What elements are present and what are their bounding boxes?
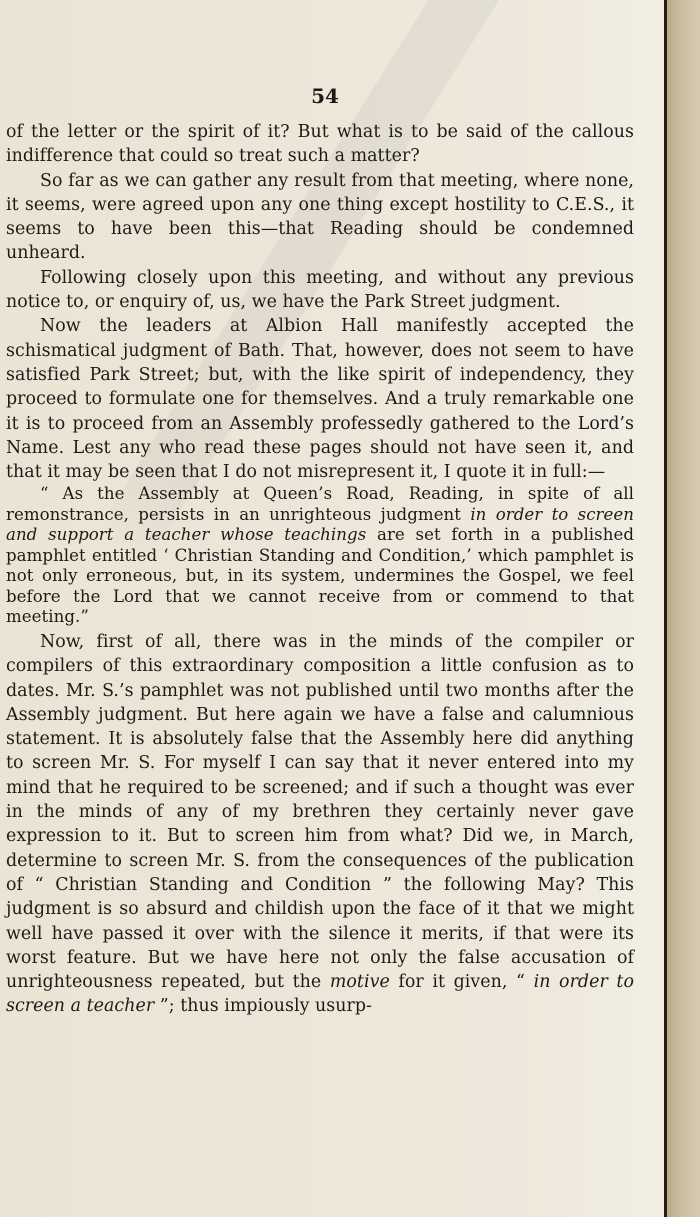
- paragraph-text: ”; thus impiously usurp-: [154, 996, 372, 1016]
- paragraph: So far as we can gather any result from …: [6, 169, 634, 266]
- paragraph-text: for it given, “: [390, 972, 534, 992]
- paragraph-text: Now, first of all, there was in the mind…: [6, 632, 634, 992]
- paragraph: Now, first of all, there was in the mind…: [6, 630, 634, 1019]
- paragraph: Now the leaders at Albion Hall manifestl…: [6, 314, 634, 484]
- paragraph-continuation: of the letter or the spirit of it? But w…: [6, 120, 634, 169]
- paragraph: Following closely upon this meeting, and…: [6, 266, 634, 315]
- page-number: 54: [0, 84, 650, 108]
- body-text: of the letter or the spirit of it? But w…: [6, 120, 634, 1019]
- binding-shadow: [667, 0, 700, 1217]
- book-page: 54 of the letter or the spirit of it? Bu…: [0, 0, 664, 1217]
- italic-motive: motive: [330, 972, 390, 992]
- block-quotation: “ As the Assembly at Queen’s Road, Readi…: [6, 484, 634, 628]
